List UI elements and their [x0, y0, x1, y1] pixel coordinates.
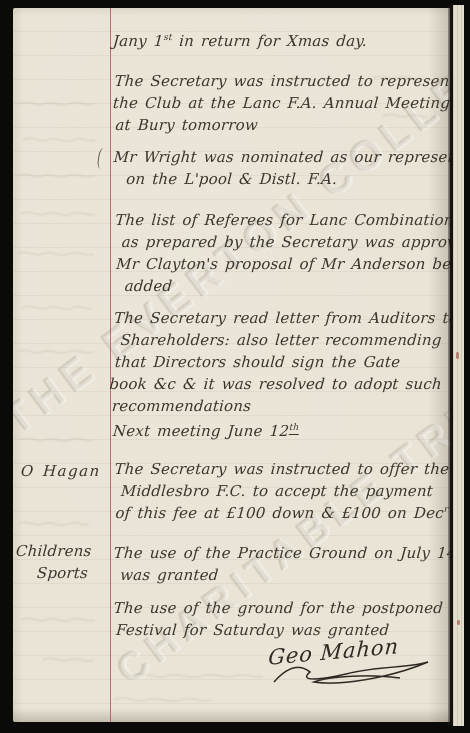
- entry-line: as prepared by the Secretary was approve…: [121, 231, 450, 253]
- entry-line: was granted: [119, 564, 450, 586]
- margin-note-childrens: Childrens: [15, 540, 92, 562]
- minute-entry-practice-ground: The use of the Practice Ground on July 1…: [111, 542, 450, 586]
- entry-line: Shareholders: also letter recommending: [120, 329, 450, 351]
- entry-line: The use of the ground for the postponed: [113, 597, 444, 619]
- next-meeting-ordinal: th: [289, 423, 300, 435]
- minute-entry-auditors: The Secretary read letter from Auditors …: [107, 307, 450, 417]
- entry-line: The list of Referees for Lanc Combinatio…: [115, 209, 450, 231]
- next-meeting-line: Next meeting June 12th: [112, 420, 300, 442]
- entry-line: book &c & it was resolved to adopt such: [109, 373, 450, 395]
- minute-entry-ohagan-fee: The Secretary was instructed to offer th…: [111, 458, 450, 524]
- entry-line-amount: of this fee at £100 down & £100 on Decr …: [115, 502, 450, 524]
- entry-line: at Bury tomorrow: [115, 114, 450, 136]
- date-heading-rest: in return for Xmas day.: [172, 32, 368, 50]
- minute-entry-wright: Mr Wright was nominated as our represent…: [111, 146, 450, 190]
- entry-line: The Secretary was instructed to represen…: [114, 70, 450, 92]
- entry-line: Mr Clayton's proposal of Mr Anderson bei…: [115, 253, 450, 275]
- margin-note-sports: Sports: [36, 562, 89, 584]
- next-page-edge: [453, 5, 464, 726]
- date-heading: Jany 1st in return for Xmas day.: [112, 30, 368, 52]
- page-edge-mark: [456, 352, 459, 359]
- entry-line: that Directors should sign the Gate: [114, 351, 450, 373]
- entry-line: recommendations: [111, 395, 450, 417]
- amount-text: of this fee at £100 down & £100 on Dec: [115, 504, 445, 522]
- signature-block: Geo Mahon: [268, 638, 443, 696]
- entry-line: the Club at the Lanc F.A. Annual Meeting: [112, 92, 450, 114]
- entry-line: The Secretary read letter from Auditors …: [113, 307, 450, 329]
- pen-stroke-mark: [96, 148, 107, 170]
- entry-line: The Secretary was instructed to offer th…: [114, 458, 450, 480]
- ledger-page: THE EVERTON COLLECTION CHARITABLE TRUST …: [13, 8, 450, 722]
- date-heading-text: Jany 1: [112, 32, 164, 50]
- entry-line: Mr Wright was nominated as our represent…: [113, 146, 450, 168]
- minute-entry-referees: The list of Referees for Lanc Combinatio…: [110, 209, 450, 297]
- margin-note-ohagan: O Hagan: [20, 460, 101, 482]
- minute-entry-representation: The Secretary was instructed to represen…: [111, 70, 450, 136]
- page-edge-mark: [457, 620, 460, 625]
- entry-line: The use of the Practice Ground on July 1…: [113, 542, 450, 564]
- entry-line: on the L'pool & Distl. F.A.: [125, 168, 450, 190]
- next-meeting-text: Next meeting June 12: [112, 422, 289, 440]
- entry-line: Middlesbro F.C. to accept the payment: [120, 480, 450, 502]
- entry-line: added: [124, 275, 450, 297]
